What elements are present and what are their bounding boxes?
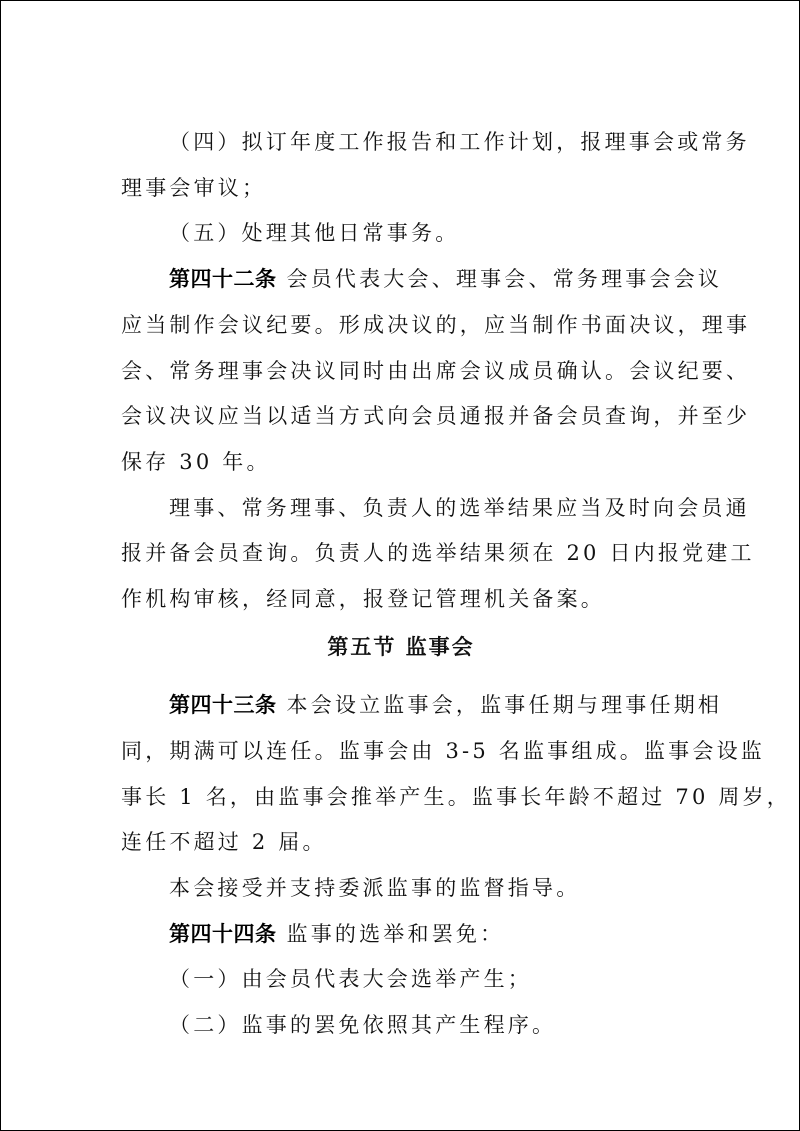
text-line: 同，期满可以连任。监事会由 3-5 名监事组成。监事会设监 <box>121 737 681 765</box>
text-line: 应当制作会议纪要。形成决议的，应当制作书面决议，理事 <box>121 311 681 339</box>
text-line: （五）处理其他日常事务。 <box>169 219 729 247</box>
text-line: （一）由会员代表大会选举产生； <box>169 965 729 993</box>
text-line: 报并备会员查询。负责人的选举结果须在 20 日内报党建工 <box>121 539 681 567</box>
text-line: （二）监事的罢免依照其产生程序。 <box>169 1011 729 1039</box>
text-line: 连任不超过 2 届。 <box>121 828 681 856</box>
text-line: 会、常务理事会决议同时由出席会议成员确认。会议纪要、 <box>121 357 681 385</box>
section-title: 第五节 监事会 <box>1 631 800 661</box>
document-page: （四）拟订年度工作报告和工作计划，报理事会或常务 理事会审议； （五）处理其他日… <box>0 0 800 1131</box>
text-line: 理事、常务理事、负责人的选举结果应当及时向会员通 <box>169 494 729 522</box>
article-43-line: 第四十三条本会设立监事会，监事任期与理事任期相 <box>169 691 729 719</box>
article-number: 第四十三条 <box>169 693 277 717</box>
article-number: 第四十四条 <box>169 922 277 946</box>
article-44-line: 第四十四条监事的选举和罢免： <box>169 920 729 948</box>
text-line: 作机构审核，经同意，报登记管理机关备案。 <box>121 585 681 613</box>
text-line: 事长 1 名，由监事会推举产生。监事长年龄不超过 70 周岁， <box>121 783 681 811</box>
article-42-line: 第四十二条会员代表大会、理事会、常务理事会会议 <box>169 265 729 293</box>
text-line: 保存 30 年。 <box>121 448 681 476</box>
text-line: 本会接受并支持委派监事的监督指导。 <box>169 874 729 902</box>
text-line: 理事会审议； <box>121 174 681 202</box>
text-line: 会议决议应当以适当方式向会员通报并备会员查询，并至少 <box>121 402 681 430</box>
text-line: （四）拟订年度工作报告和工作计划，报理事会或常务 <box>169 128 729 156</box>
article-number: 第四十二条 <box>169 267 277 291</box>
